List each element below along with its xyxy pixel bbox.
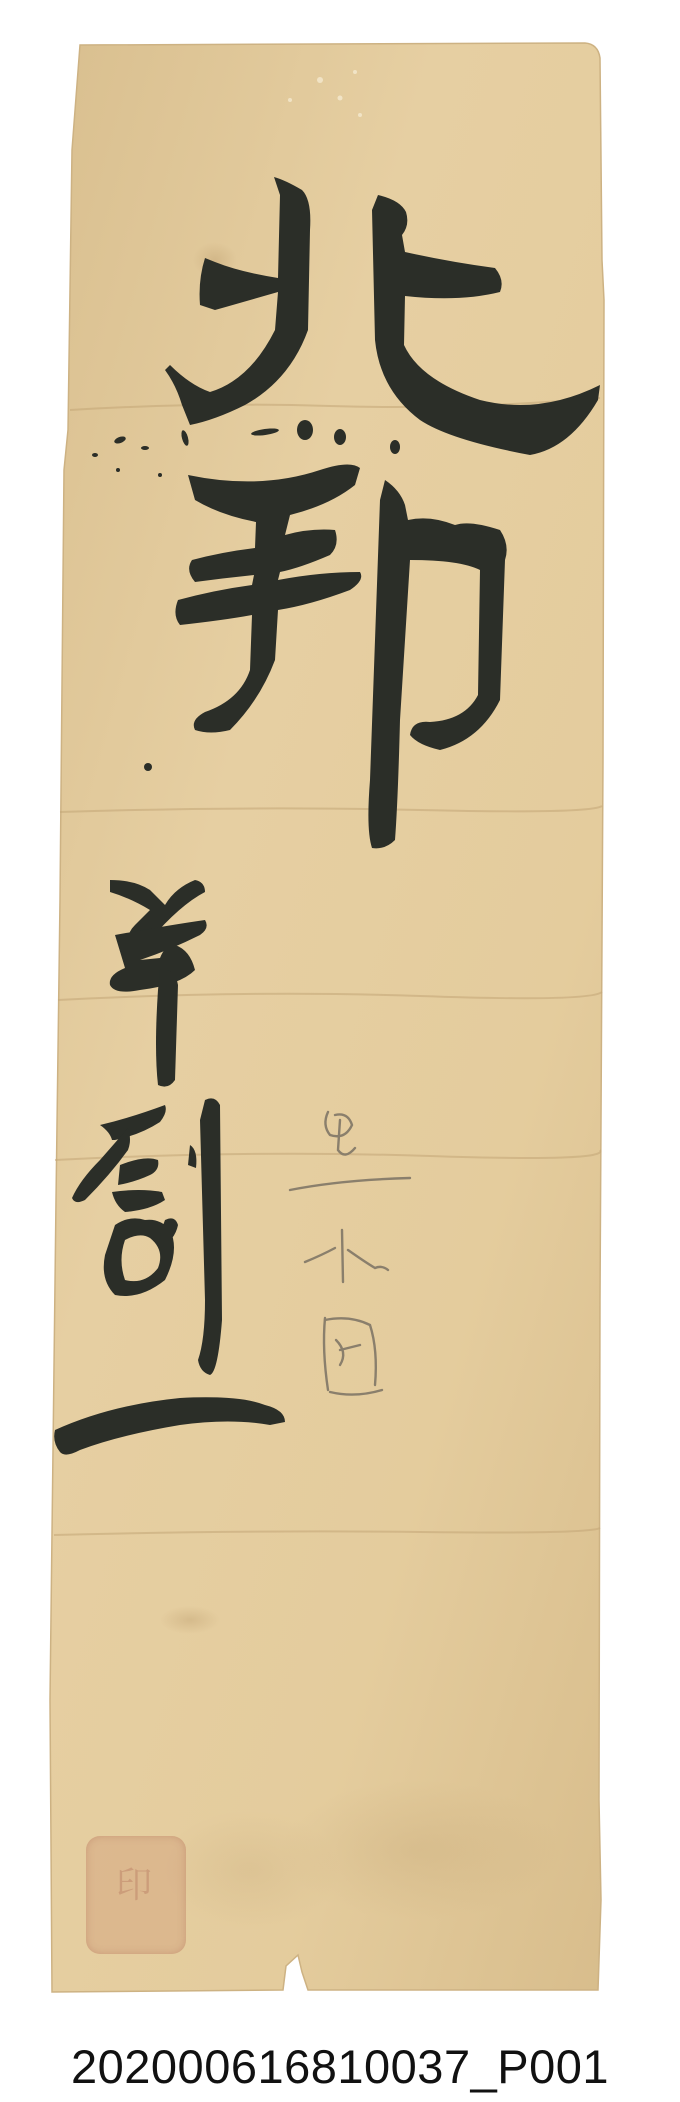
red-seal-stamp: 印 <box>86 1836 186 1954</box>
paper-body <box>50 43 604 1992</box>
seal-glyph: 印 <box>86 1866 186 1906</box>
scroll-scan: 印 <box>0 0 680 2030</box>
catalog-id-label: 202000616810037_P001 <box>71 2043 609 2090</box>
caption-bar: 202000616810037_P001 <box>0 2030 680 2102</box>
paper-sheet <box>0 0 680 2030</box>
